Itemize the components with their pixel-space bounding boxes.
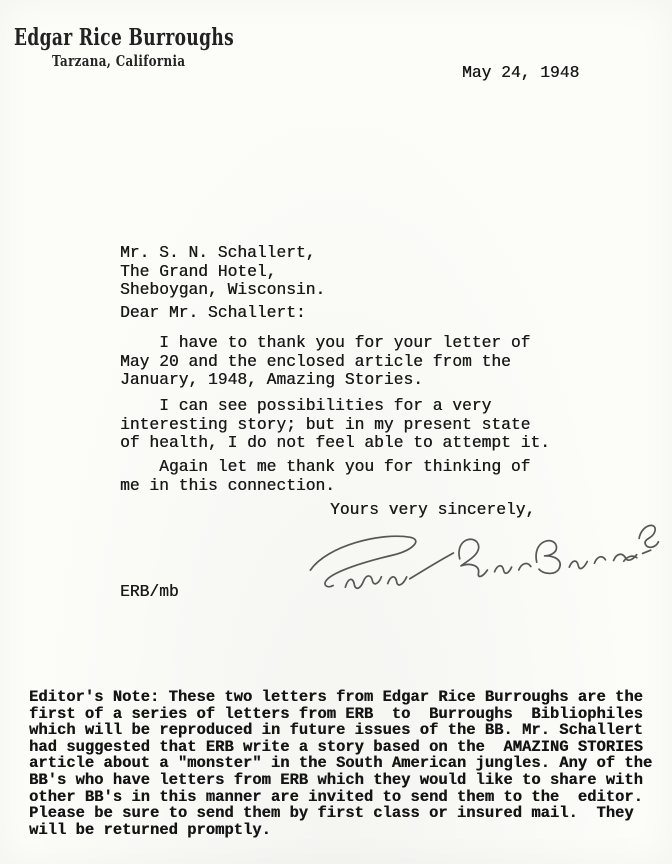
reference-initials: ERB/mb (120, 583, 179, 602)
body-paragraph-1: I have to thank you for your letter of M… (120, 334, 530, 390)
signature-ink-icon (303, 517, 665, 602)
scanned-letter-page: Edgar Rice Burroughs Tarzana, California… (0, 0, 672, 864)
body-paragraph-3: Again let me thank you for thinking of m… (120, 458, 530, 495)
editors-note: Editor's Note: These two letters from Ed… (29, 689, 652, 838)
body-paragraph-2: I can see possibilities for a very inter… (120, 397, 550, 453)
salutation: Dear Mr. Schallert: (120, 304, 306, 323)
letter-date: May 24, 1948 (462, 64, 579, 83)
recipient-address: Mr. S. N. Schallert, The Grand Hotel, Sh… (120, 244, 325, 300)
signature-handwriting: Edgar Rice Burroughs (303, 517, 665, 602)
letterhead-name: Edgar Rice Burroughs (14, 24, 234, 51)
letterhead-location: Tarzana, California (52, 53, 185, 70)
closing-line: Yours very sincerely, (330, 501, 535, 520)
